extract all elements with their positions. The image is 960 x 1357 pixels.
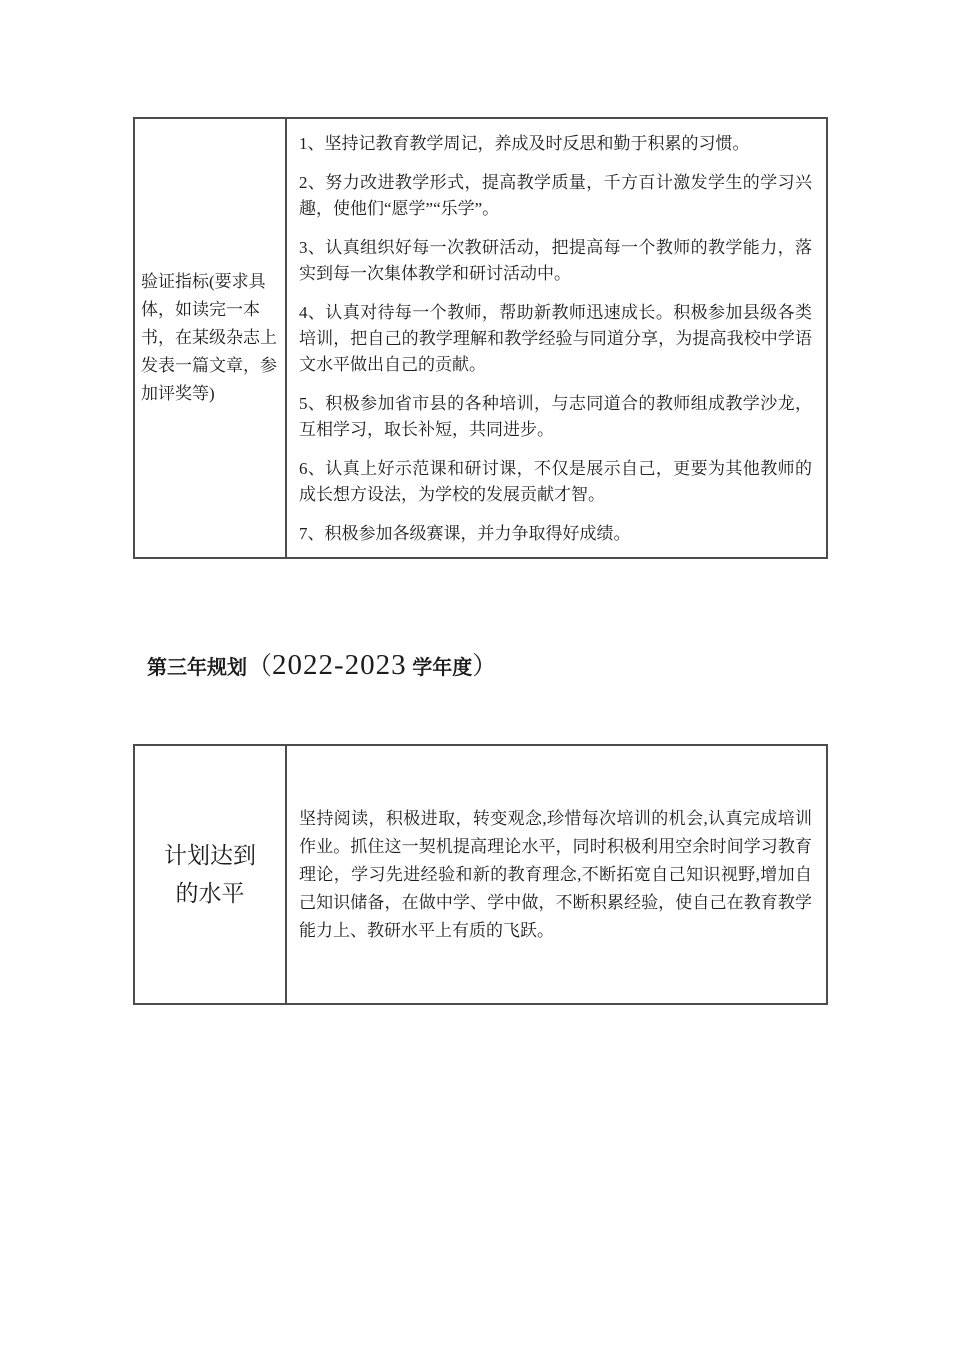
section-heading-suffix: 学年度 [407,657,473,679]
indicator-item-1: 1、坚持记教育教学周记，养成及时反思和勤于积累的习惯。 [299,131,812,157]
verification-indicators-content-cell: 1、坚持记教育教学周记，养成及时反思和勤于积累的习惯。 2、努力改进教学形式，提… [286,118,827,558]
section-heading-title: 第三年规划 [147,657,247,679]
document-page: 验证指标(要求具 体，如读完一本 书，在某级杂志上 发表一篇文章，参 加评奖等)… [0,0,960,1357]
verification-indicators-label: 验证指标(要求具 体，如读完一本 书，在某级杂志上 发表一篇文章，参 加评奖等) [135,268,285,408]
section-heading-paren-open: （ [247,653,272,680]
indicator-item-4: 4、认真对待每一个教师，帮助新教师迅速成长。积极参加县级各类培训，把自己的教学理… [299,300,812,378]
section-heading-paren-close: ） [472,653,497,680]
plan-level-content-cell: 坚持阅读，积极进取，转变观念,珍惜每次培训的机会,认真完成培训作业。抓住这一契机… [286,745,827,1004]
indicator-item-7: 7、积极参加各级赛课，并力争取得好成绩。 [299,521,812,547]
plan-level-table: 计划达到 的水平 坚持阅读，积极进取，转变观念,珍惜每次培训的机会,认真完成培训… [133,744,828,1005]
indicator-item-5: 5、积极参加省市县的各种培训，与志同道合的教师组成教学沙龙，互相学习，取长补短，… [299,391,812,443]
indicator-item-2: 2、努力改进教学形式，提高教学质量，千方百计激发学生的学习兴趣，使他们“愿学”“… [299,170,812,222]
plan-level-label-cell: 计划达到 的水平 [134,745,286,1004]
section-heading-year-range: 2022-2023 [272,649,407,681]
verification-indicators-table: 验证指标(要求具 体，如读完一本 书，在某级杂志上 发表一篇文章，参 加评奖等)… [133,117,828,559]
table-row: 计划达到 的水平 坚持阅读，积极进取，转变观念,珍惜每次培训的机会,认真完成培训… [134,745,827,1004]
indicator-item-6: 6、认真上好示范课和研讨课，不仅是展示自己，更要为其他教师的成长想方设法，为学校… [299,456,812,508]
indicator-item-3: 3、认真组织好每一次教研活动，把提高每一个教师的教学能力，落实到每一次集体教学和… [299,235,812,287]
plan-level-label: 计划达到 的水平 [135,837,285,913]
plan-level-body: 坚持阅读，积极进取，转变观念,珍惜每次培训的机会,认真完成培训作业。抓住这一契机… [299,805,812,945]
section-heading: 第三年规划（2022-2023 学年度） [147,645,497,690]
table-row: 验证指标(要求具 体，如读完一本 书，在某级杂志上 发表一篇文章，参 加评奖等)… [134,118,827,558]
verification-indicators-label-cell: 验证指标(要求具 体，如读完一本 书，在某级杂志上 发表一篇文章，参 加评奖等) [134,118,286,558]
